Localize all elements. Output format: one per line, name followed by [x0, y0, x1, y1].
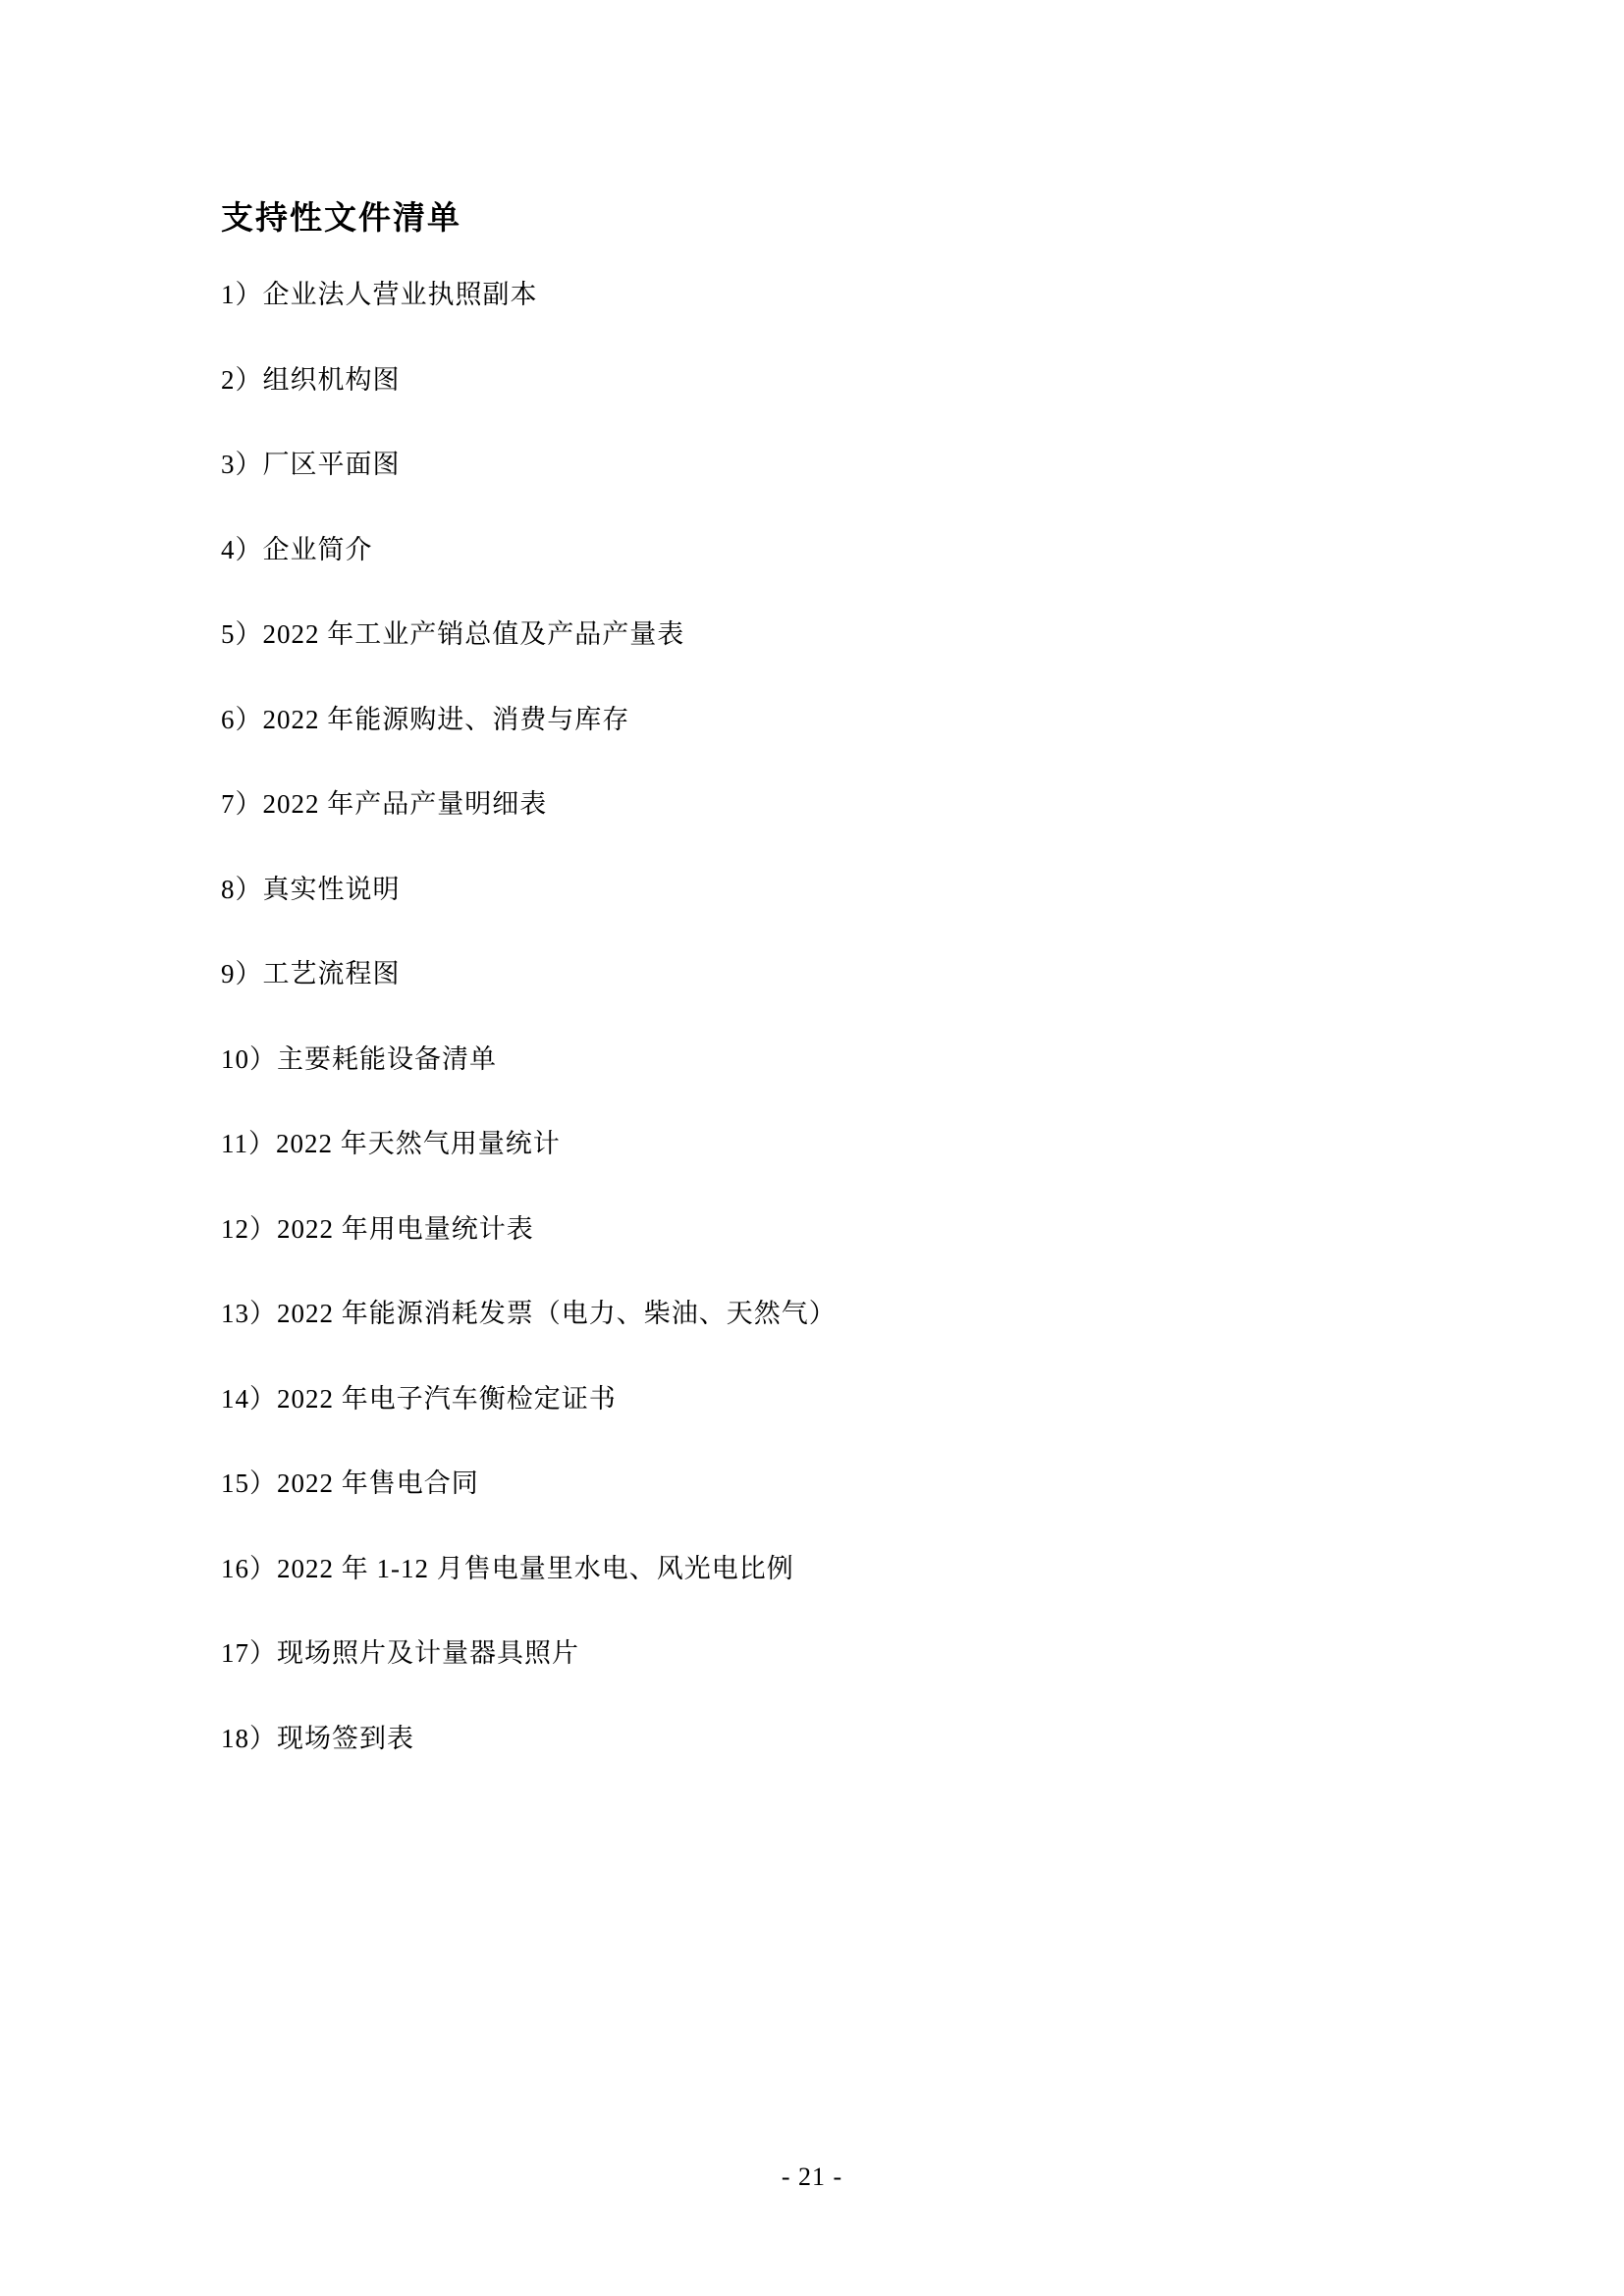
list-item: 4）企业简介: [221, 507, 1399, 593]
list-item: 3）厂区平面图: [221, 422, 1399, 507]
page-number: - 21 -: [0, 2163, 1624, 2192]
list-item: 9）工艺流程图: [221, 932, 1399, 1017]
list-item: 11）2022 年天然气用量统计: [221, 1101, 1399, 1187]
page-title: 支持性文件清单: [221, 192, 461, 239]
list-item: 1）企业法人营业执照副本: [221, 252, 1399, 338]
list-item: 2）组织机构图: [221, 338, 1399, 423]
list-item: 8）真实性说明: [221, 847, 1399, 933]
list-item: 5）2022 年工业产销总值及产品产量表: [221, 592, 1399, 677]
list-item: 10）主要耗能设备清单: [221, 1017, 1399, 1102]
list-item: 12）2022 年用电量统计表: [221, 1187, 1399, 1272]
list-item: 17）现场照片及计量器具照片: [221, 1611, 1399, 1696]
document-page: 支持性文件清单 1）企业法人营业执照副本 2）组织机构图 3）厂区平面图 4）企…: [0, 0, 1624, 2296]
list-item: 7）2022 年产品产量明细表: [221, 762, 1399, 847]
list-item: 6）2022 年能源购进、消费与库存: [221, 677, 1399, 763]
list-item: 14）2022 年电子汽车衡检定证书: [221, 1357, 1399, 1442]
list-item: 18）现场签到表: [221, 1696, 1399, 1782]
supporting-files-list: 1）企业法人营业执照副本 2）组织机构图 3）厂区平面图 4）企业简介 5）20…: [221, 252, 1399, 1781]
list-item: 13）2022 年能源消耗发票（电力、柴油、天然气）: [221, 1271, 1399, 1357]
list-item: 15）2022 年售电合同: [221, 1441, 1399, 1526]
list-item: 16）2022 年 1-12 月售电量里水电、风光电比例: [221, 1526, 1399, 1612]
